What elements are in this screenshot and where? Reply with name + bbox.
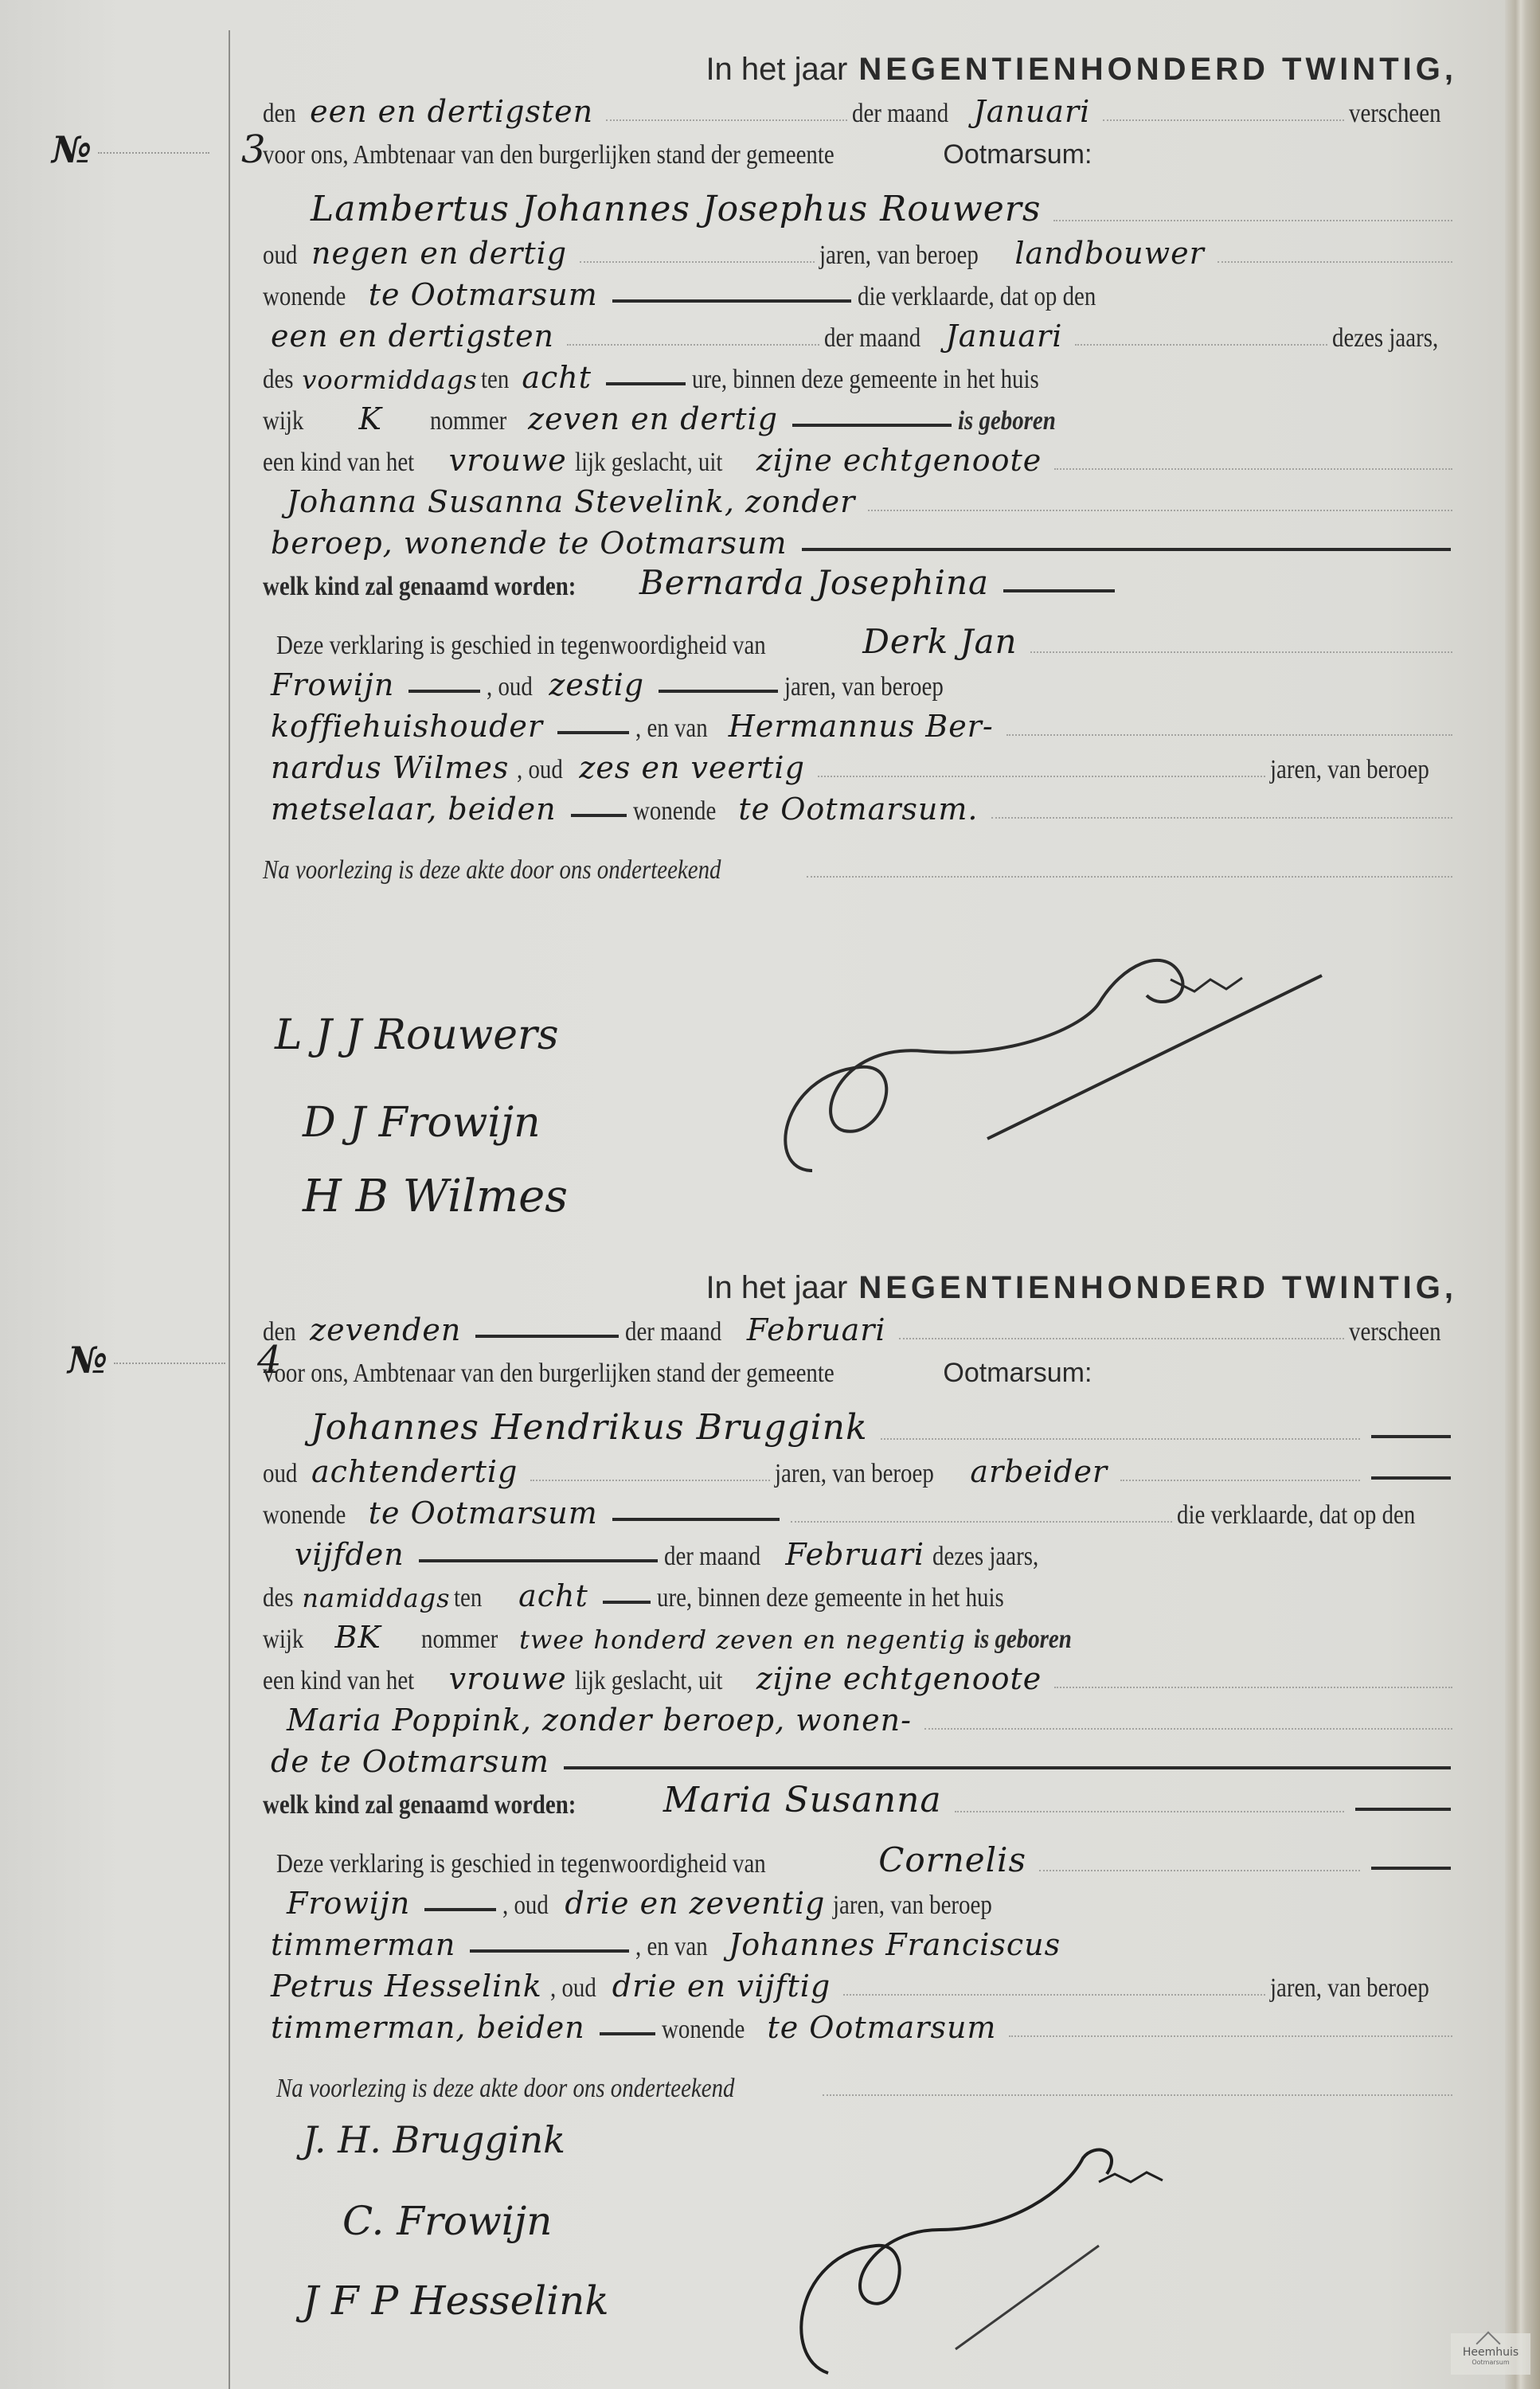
label-lijk-geslacht: lijk geslacht, uit bbox=[575, 448, 722, 478]
label-wonende: wonende bbox=[662, 2015, 745, 2045]
watermark-subtitle: Ootmarsum bbox=[1451, 2359, 1530, 2366]
heading-year: NEGENTIENHONDERD TWINTIG, bbox=[858, 52, 1457, 88]
signature-witness2: J F P Hesselink bbox=[303, 2278, 609, 2324]
entry-sex: vrouwe bbox=[441, 443, 575, 478]
line-witness2: nardus Wilmes , oud zes en veertig jaren… bbox=[263, 744, 1457, 785]
entry-witness1-surname: Frowijn bbox=[263, 1886, 418, 1921]
signature-witness1: C. Frowijn bbox=[342, 2198, 552, 2244]
label-dezes-jaars: dezes jaars, bbox=[932, 1542, 1038, 1572]
label-oud: oud bbox=[263, 240, 297, 271]
entry-wijk: BK bbox=[311, 1620, 420, 1655]
heading-prefix: In het jaar bbox=[706, 52, 847, 88]
entry-mother-line1: zijne echtgenoote bbox=[749, 443, 1049, 478]
label-voor-ons: voor ons, Ambtenaar van den burgerlijken… bbox=[263, 140, 834, 170]
entry-month: Januari bbox=[965, 94, 1098, 129]
line-witness1: Frowijn , oud zestig jaren, van beroep bbox=[263, 661, 1457, 702]
line-sex: een kind van het vrouwe lijk geslacht, u… bbox=[263, 436, 1457, 478]
label-een-kind: een kind van het bbox=[263, 1666, 414, 1696]
line-mother-2: Johanna Susanna Stevelink, zonder bbox=[263, 478, 1457, 519]
ink-dash bbox=[475, 1335, 619, 1338]
label-lijk-geslacht: lijk geslacht, uit bbox=[575, 1666, 722, 1696]
dotted-fill bbox=[791, 1521, 1172, 1523]
label-en-van: , en van bbox=[635, 714, 708, 744]
entry-residence: te Ootmarsum bbox=[361, 277, 606, 312]
line-address: wijk BK nommer twee honderd zeven en neg… bbox=[263, 1613, 1457, 1655]
entry-witness1-occupation: koffiehuishouder bbox=[263, 709, 551, 744]
line-sex: een kind van het vrouwe lijk geslacht, u… bbox=[263, 1655, 1457, 1696]
dotted-fill bbox=[823, 2094, 1452, 2096]
line-mother-2: Maria Poppink, zonder beroep, wonen- bbox=[263, 1696, 1457, 1738]
record-3: In het jaar NEGENTIENHONDERD TWINTIG, de… bbox=[263, 40, 1457, 886]
label-een-kind: een kind van het bbox=[263, 448, 414, 478]
entry-month: Februari bbox=[739, 1312, 894, 1347]
label-nommer: nommer bbox=[421, 1625, 498, 1655]
line-child-name: welk kind zal genaamd worden: Maria Susa… bbox=[263, 1779, 1457, 1820]
label-oud: , oud bbox=[487, 672, 533, 702]
dotted-fill bbox=[1009, 2035, 1452, 2037]
dotted-fill bbox=[530, 1480, 770, 1481]
dotted-fill bbox=[567, 344, 819, 346]
ink-dash bbox=[612, 1518, 780, 1521]
ink-dash bbox=[419, 1559, 658, 1562]
ink-dash bbox=[1371, 1867, 1451, 1870]
entry-hour: acht bbox=[514, 360, 600, 395]
line-witness1-occ: koffiehuishouder , en van Hermannus Ber- bbox=[263, 702, 1457, 744]
signature-declarant: J. H. Bruggink bbox=[303, 2118, 565, 2161]
label-wonende: wonende bbox=[263, 1500, 346, 1531]
ink-dash bbox=[1003, 589, 1115, 592]
dotted-line bbox=[114, 1363, 225, 1364]
heading-prefix: In het jaar bbox=[706, 1270, 847, 1306]
dotted-fill bbox=[1075, 344, 1327, 346]
entry-mother-line2: Johanna Susanna Stevelink, zonder bbox=[263, 484, 863, 519]
line-na-voorlezing: Na voorlezing is deze akte door ons onde… bbox=[263, 2063, 1457, 2104]
ink-dash bbox=[802, 548, 1451, 551]
entry-child-name: Maria Susanna bbox=[631, 1780, 950, 1820]
act-number-4: №4 bbox=[68, 1338, 282, 1382]
entry-mother-line1: zijne echtgenoote bbox=[749, 1661, 1049, 1696]
label-ure-binnen: ure, binnen deze gemeente in het huis bbox=[657, 1583, 1004, 1613]
entry-witness-residence: te Ootmarsum. bbox=[730, 792, 986, 827]
entry-age: achtendertig bbox=[303, 1454, 526, 1489]
label-ure-binnen: ure, binnen deze gemeente in het huis bbox=[692, 365, 1039, 395]
label-deze-verklaring: Deze verklaring is geschied in tegenwoor… bbox=[263, 1849, 766, 1879]
entry-declarant-name: Lambertus Johannes Josephus Rouwers bbox=[263, 189, 1049, 229]
entry-mother-line3: de te Ootmarsum bbox=[263, 1744, 557, 1779]
act-number-3: №3 bbox=[52, 127, 266, 172]
line-child-name: welk kind zal genaamd worden: Bernarda J… bbox=[263, 561, 1457, 602]
label-gemeente: Ootmarsum: bbox=[943, 139, 1092, 170]
dotted-fill bbox=[1039, 1870, 1360, 1871]
line-age-occupation: oud achtendertig jaren, van beroep arbei… bbox=[263, 1448, 1457, 1489]
dotted-fill bbox=[1054, 468, 1452, 470]
record-heading: In het jaar NEGENTIENHONDERD TWINTIG, bbox=[263, 40, 1457, 88]
entry-age: negen en dertig bbox=[303, 236, 575, 271]
line-birth-date: een en dertigsten der maand Januari deze… bbox=[263, 312, 1457, 354]
label-dezes-jaars: dezes jaars, bbox=[1332, 323, 1438, 354]
label-deze-verklaring: Deze verklaring is geschied in tegenwoor… bbox=[263, 631, 766, 661]
line-mother-3: de te Ootmarsum bbox=[263, 1738, 1457, 1779]
entry-witness2-occupation: metselaar, beiden bbox=[263, 792, 565, 827]
line-na-voorlezing: Na voorlezing is deze akte door ons onde… bbox=[263, 844, 1457, 886]
ink-dash bbox=[1371, 1435, 1451, 1438]
dotted-fill bbox=[1218, 261, 1452, 263]
entry-declarant-name: Johannes Hendrikus Bruggink bbox=[263, 1407, 876, 1448]
label-welk-kind: welk kind zal genaamd worden: bbox=[263, 572, 576, 602]
label-oud: oud bbox=[263, 1459, 297, 1489]
entry-day: zevenden bbox=[302, 1312, 469, 1347]
entry-witness2-name: Johannes Franciscus bbox=[721, 1927, 1069, 1962]
official-signature-flourish bbox=[780, 2142, 1226, 2389]
label-der-maand: der maand bbox=[852, 99, 948, 129]
act-number-value: 3 bbox=[241, 127, 266, 172]
label-jaren-van-beroep: jaren, van beroep bbox=[833, 1890, 992, 1921]
entry-sex: vrouwe bbox=[441, 1661, 575, 1696]
line-age-occupation: oud negen en dertig jaren, van beroep la… bbox=[263, 229, 1457, 271]
ink-dash bbox=[571, 814, 627, 817]
line-voor-ons: voor ons, Ambtenaar van den burgerlijken… bbox=[263, 1347, 1457, 1389]
label-des: des bbox=[263, 365, 294, 395]
number-symbol: № bbox=[68, 1339, 107, 1382]
ink-dash bbox=[1371, 1476, 1451, 1480]
dotted-line bbox=[98, 152, 209, 154]
label-verscheen: verscheen bbox=[1349, 99, 1441, 129]
label-oud: , oud bbox=[517, 755, 563, 785]
dotted-fill bbox=[881, 1438, 1360, 1440]
label-der-maand: der maand bbox=[664, 1542, 760, 1572]
dotted-fill bbox=[924, 1728, 1452, 1730]
entry-witness1-occupation: timmerman bbox=[263, 1927, 463, 1962]
label-den: den bbox=[263, 99, 296, 129]
entry-wijk: K bbox=[311, 401, 429, 436]
line-address: wijk K nommer zeven en dertig is geboren bbox=[263, 395, 1457, 436]
dotted-fill bbox=[843, 1994, 1265, 1996]
line-voor-ons: voor ons, Ambtenaar van den burgerlijken… bbox=[263, 129, 1457, 170]
dotted-fill bbox=[818, 776, 1265, 777]
entry-witness-residence: te Ootmarsum bbox=[759, 2010, 1004, 2045]
signature-witness1: D J Frowijn bbox=[303, 1099, 541, 1147]
ink-dash bbox=[557, 731, 629, 734]
entry-birth-month: Februari bbox=[777, 1537, 932, 1572]
line-witness1: Frowijn , oud drie en zeventig jaren, va… bbox=[263, 1879, 1457, 1921]
entry-house-number: twee honderd zeven en negentig bbox=[511, 1625, 974, 1655]
dotted-fill bbox=[1120, 1480, 1360, 1481]
dotted-fill bbox=[1054, 1687, 1452, 1688]
entry-birth-month: Januari bbox=[938, 319, 1071, 354]
entry-residence: te Ootmarsum bbox=[361, 1496, 606, 1531]
entry-witness1-age: zestig bbox=[541, 667, 652, 702]
line-witnesses: Deze verklaring is geschied in tegenwoor… bbox=[263, 1838, 1457, 1879]
heading-year: NEGENTIENHONDERD TWINTIG, bbox=[858, 1270, 1457, 1306]
label-wijk: wijk bbox=[263, 406, 303, 436]
label-jaren-van-beroep: jaren, van beroep bbox=[1270, 1973, 1429, 2004]
line-witness2-occ: metselaar, beiden wonende te Ootmarsum. bbox=[263, 785, 1457, 827]
label-jaren-van-beroep: jaren, van beroep bbox=[784, 672, 944, 702]
line-witness2: Petrus Hesselink , oud drie en vijftig j… bbox=[263, 1962, 1457, 2004]
label-des: des bbox=[263, 1583, 294, 1613]
dotted-fill bbox=[955, 1811, 1344, 1812]
entry-child-name: Bernarda Josephina bbox=[631, 563, 997, 602]
entry-witness2-name-cont: nardus Wilmes bbox=[263, 750, 517, 785]
label-na-voorlezing: Na voorlezing is deze akte door ons onde… bbox=[263, 855, 721, 886]
label-oud: , oud bbox=[502, 1890, 549, 1921]
line-witness1-occ: timmerman , en van Johannes Franciscus bbox=[263, 1921, 1457, 1962]
line-date: den zevenden der maand Februari verschee… bbox=[263, 1306, 1457, 1347]
label-en-van: , en van bbox=[635, 1932, 708, 1962]
entry-mother-line2: Maria Poppink, zonder beroep, wonen- bbox=[263, 1703, 920, 1738]
label-wijk: wijk bbox=[263, 1625, 303, 1655]
ink-dash bbox=[600, 2032, 655, 2035]
label-der-maand: der maand bbox=[824, 323, 920, 354]
ink-dash bbox=[606, 382, 686, 385]
label-wonende: wonende bbox=[263, 282, 346, 312]
label-der-maand: der maand bbox=[625, 1317, 721, 1347]
heemhuis-watermark: Heemhuis Ootmarsum bbox=[1451, 2333, 1530, 2375]
label-oud: , oud bbox=[550, 1973, 596, 2004]
entry-occupation: landbouwer bbox=[1006, 236, 1212, 271]
line-birth-date: vijfden der maand Februari dezes jaars, bbox=[263, 1531, 1457, 1572]
ink-dash bbox=[470, 1949, 629, 1953]
label-jaren-van-beroep: jaren, van beroep bbox=[819, 240, 979, 271]
dotted-fill bbox=[899, 1338, 1344, 1339]
ink-dash bbox=[408, 690, 480, 693]
entry-witness2-name-cont: Petrus Hesselink bbox=[263, 1969, 550, 2004]
label-die-verklaarde: die verklaarde, dat op den bbox=[1177, 1500, 1415, 1531]
dotted-fill bbox=[868, 510, 1452, 511]
ink-dash bbox=[792, 424, 952, 427]
ink-dash bbox=[603, 1601, 651, 1604]
margin-rule bbox=[229, 30, 230, 2389]
line-date: den een en dertigsten der maand Januari … bbox=[263, 88, 1457, 129]
entry-house-number: zeven en dertig bbox=[520, 401, 786, 436]
dotted-fill bbox=[1006, 734, 1452, 736]
label-jaren-van-beroep: jaren, van beroep bbox=[775, 1459, 934, 1489]
label-voor-ons: voor ons, Ambtenaar van den burgerlijken… bbox=[263, 1359, 834, 1389]
entry-hour: acht bbox=[487, 1578, 596, 1613]
entry-birth-day: een en dertigsten bbox=[263, 319, 562, 354]
entry-witness2-occupation: timmerman, beiden bbox=[263, 2010, 593, 2045]
record-heading: In het jaar NEGENTIENHONDERD TWINTIG, bbox=[263, 1258, 1457, 1306]
label-ten: ten bbox=[454, 1583, 482, 1613]
ink-dash bbox=[659, 690, 778, 693]
entry-time-of-day: namiddags bbox=[299, 1583, 453, 1613]
line-witnesses: Deze verklaring is geschied in tegenwoor… bbox=[263, 620, 1457, 661]
dotted-fill bbox=[580, 261, 815, 263]
ink-dash bbox=[612, 299, 851, 303]
dotted-fill bbox=[991, 817, 1453, 819]
entry-witness1-age: drie en zeventig bbox=[557, 1886, 833, 1921]
line-mother-3: beroep, wonende te Ootmarsum bbox=[263, 519, 1457, 561]
label-den: den bbox=[263, 1317, 296, 1347]
dotted-fill bbox=[1053, 220, 1452, 221]
number-symbol: № bbox=[52, 128, 92, 171]
label-nommer: nommer bbox=[430, 406, 506, 436]
dotted-fill bbox=[1103, 119, 1344, 121]
entry-day: een en dertigsten bbox=[302, 94, 601, 129]
record-4: In het jaar NEGENTIENHONDERD TWINTIG, de… bbox=[263, 1258, 1457, 2104]
entry-witness2-name: Hermannus Ber- bbox=[721, 709, 1002, 744]
dotted-fill bbox=[807, 876, 1452, 878]
entry-witness2-age: zes en veertig bbox=[571, 750, 813, 785]
label-ten: ten bbox=[481, 365, 509, 395]
line-time: des namiddags ten acht ure, binnen deze … bbox=[263, 1572, 1457, 1613]
entry-witness1-first: Cornelis bbox=[854, 1840, 1034, 1879]
line-residence: wonende te Ootmarsum die verklaarde, dat… bbox=[263, 271, 1457, 312]
signature-witness2: H B Wilmes bbox=[303, 1171, 568, 1222]
line-declarant: Johannes Hendrikus Bruggink bbox=[263, 1406, 1457, 1448]
label-na-voorlezing: Na voorlezing is deze akte door ons onde… bbox=[263, 2074, 734, 2104]
line-residence: wonende te Ootmarsum die verklaarde, dat… bbox=[263, 1489, 1457, 1531]
ink-dash bbox=[564, 1766, 1451, 1769]
ink-dash bbox=[424, 1908, 496, 1911]
dotted-fill bbox=[606, 119, 847, 121]
entry-witness1-first: Derk Jan bbox=[854, 622, 1025, 661]
entry-birth-day: vijfden bbox=[263, 1537, 412, 1572]
line-declarant: Lambertus Johannes Josephus Rouwers bbox=[263, 188, 1457, 229]
official-signature-flourish bbox=[749, 932, 1417, 1218]
entry-time-of-day: voormiddags bbox=[299, 365, 480, 395]
entry-mother-line3: beroep, wonende te Ootmarsum bbox=[263, 526, 795, 561]
label-wonende: wonende bbox=[633, 796, 716, 827]
entry-occupation: arbeider bbox=[962, 1454, 1116, 1489]
label-is-geboren: is geboren bbox=[974, 1625, 1072, 1655]
label-verscheen: verscheen bbox=[1349, 1317, 1441, 1347]
label-jaren-van-beroep: jaren, van beroep bbox=[1270, 755, 1429, 785]
label-is-geboren: is geboren bbox=[958, 406, 1056, 436]
label-gemeente: Ootmarsum: bbox=[943, 1358, 1092, 1389]
book-edge bbox=[1505, 0, 1540, 2389]
label-die-verklaarde: die verklaarde, dat op den bbox=[858, 282, 1096, 312]
entry-witness1-surname: Frowijn bbox=[263, 667, 402, 702]
entry-witness2-age: drie en vijftig bbox=[604, 1969, 838, 2004]
ink-dash bbox=[1355, 1808, 1451, 1811]
label-welk-kind: welk kind zal genaamd worden: bbox=[263, 1790, 576, 1820]
line-witness2-occ: timmerman, beiden wonende te Ootmarsum bbox=[263, 2004, 1457, 2045]
signature-declarant: L J J Rouwers bbox=[275, 1011, 559, 1059]
line-time: des voormiddags ten acht ure, binnen dez… bbox=[263, 354, 1457, 395]
dotted-fill bbox=[1030, 651, 1452, 653]
